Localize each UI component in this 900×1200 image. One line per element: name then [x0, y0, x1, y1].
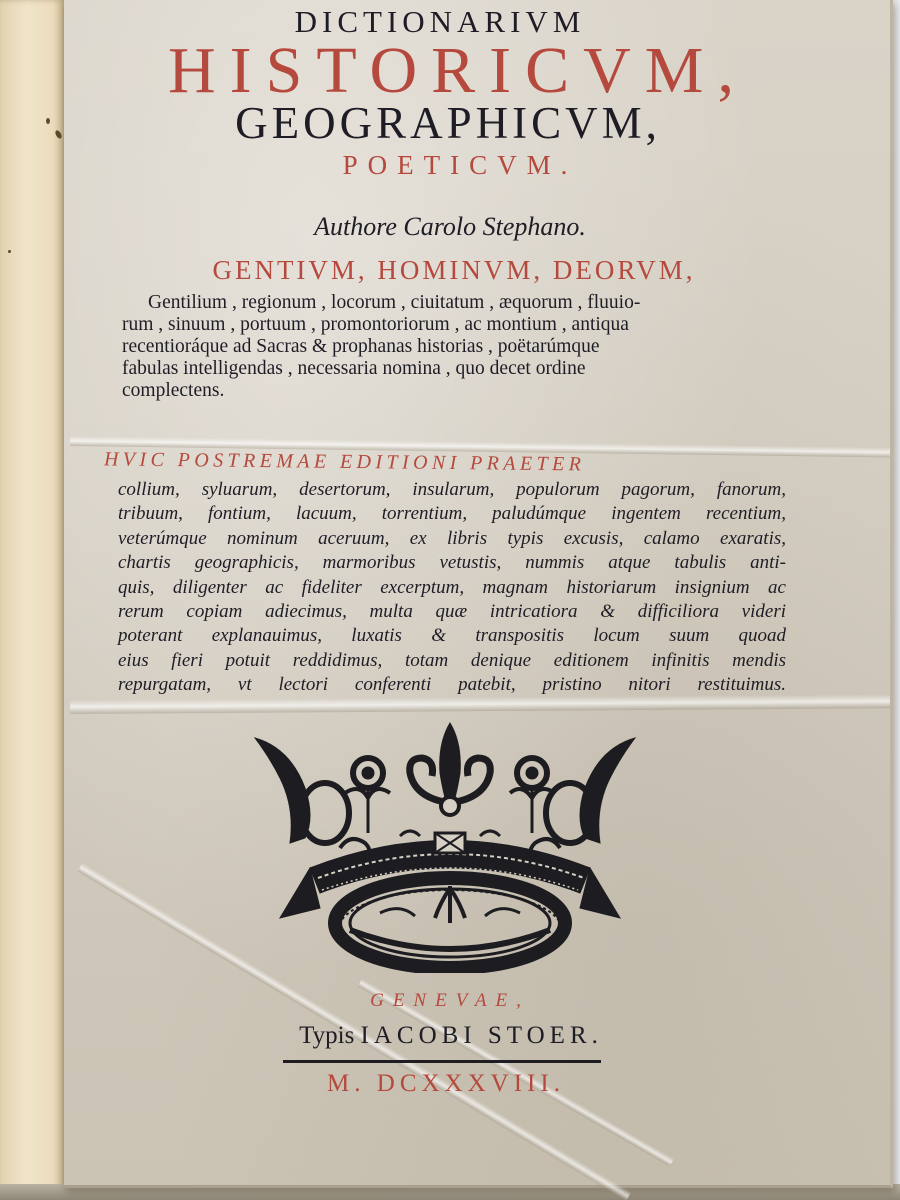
edition-line: eius fieri potuit reddidimus, totam deni…	[118, 649, 786, 673]
foxing-spot	[54, 129, 63, 139]
description-line: complectens.	[122, 380, 790, 402]
description-line: Gentilium , regionum , locorum , ciuitat…	[122, 292, 790, 314]
crown-woodcut-icon	[250, 718, 640, 973]
description-paragraph: Gentilium , regionum , locorum , ciuitat…	[122, 292, 790, 402]
edition-line: tribuum, fontium, lacuum, torrentium, pa…	[118, 502, 786, 526]
title-line-historicum: HISTORICVM,	[118, 36, 798, 106]
edition-line: rerum copiam adiecimus, multa quæ intric…	[118, 600, 786, 624]
printer-line: Typis IACOBI STOER.	[246, 1022, 656, 1050]
edition-line: chartis geographicis, marmoribus vetusti…	[118, 551, 786, 575]
edition-line: veterúmque nominum aceruum, ex libris ty…	[118, 527, 786, 551]
description-line: recentioráque ad Sacras & prophanas hist…	[122, 336, 790, 358]
imprint-rule	[283, 1060, 601, 1063]
subject-heading: GENTIVM, HOMINVM, DEORVM,	[114, 255, 794, 286]
edition-line: quis, diligenter ac fideliter excerptum,…	[118, 576, 786, 600]
printer-name: IACOBI STOER.	[361, 1022, 603, 1049]
edition-line: collium, syluarum, desertorum, insularum…	[118, 478, 786, 502]
place-of-publication: GENEVAE,	[300, 990, 600, 1012]
adjacent-leaf	[0, 0, 66, 1200]
publication-year: M. DCXXXVIII.	[316, 1070, 576, 1098]
description-line: rum , sinuum , portuum , promontoriorum …	[122, 314, 790, 336]
book-photo: DICTIONARIVM HISTORICVM, GEOGRAPHICVM, P…	[0, 0, 900, 1200]
foxing-spot	[46, 118, 50, 124]
edition-paragraph: collium, syluarum, desertorum, insularum…	[118, 478, 786, 698]
foxing-spot	[8, 250, 11, 253]
title-line-geographicum: GEOGRAPHICVM,	[188, 98, 708, 148]
edition-line: poterant explanauimus, luxatis & transpo…	[118, 624, 786, 648]
description-line: fabulas intelligendas , necessaria nomin…	[122, 358, 790, 380]
printer-prefix: Typis	[299, 1022, 354, 1049]
edition-line: repurgatam, vt lectori conferenti patebi…	[118, 673, 786, 697]
title-line-poeticum: POETICVM.	[260, 150, 660, 181]
author-line: Authore Carolo Stephano.	[250, 212, 650, 242]
